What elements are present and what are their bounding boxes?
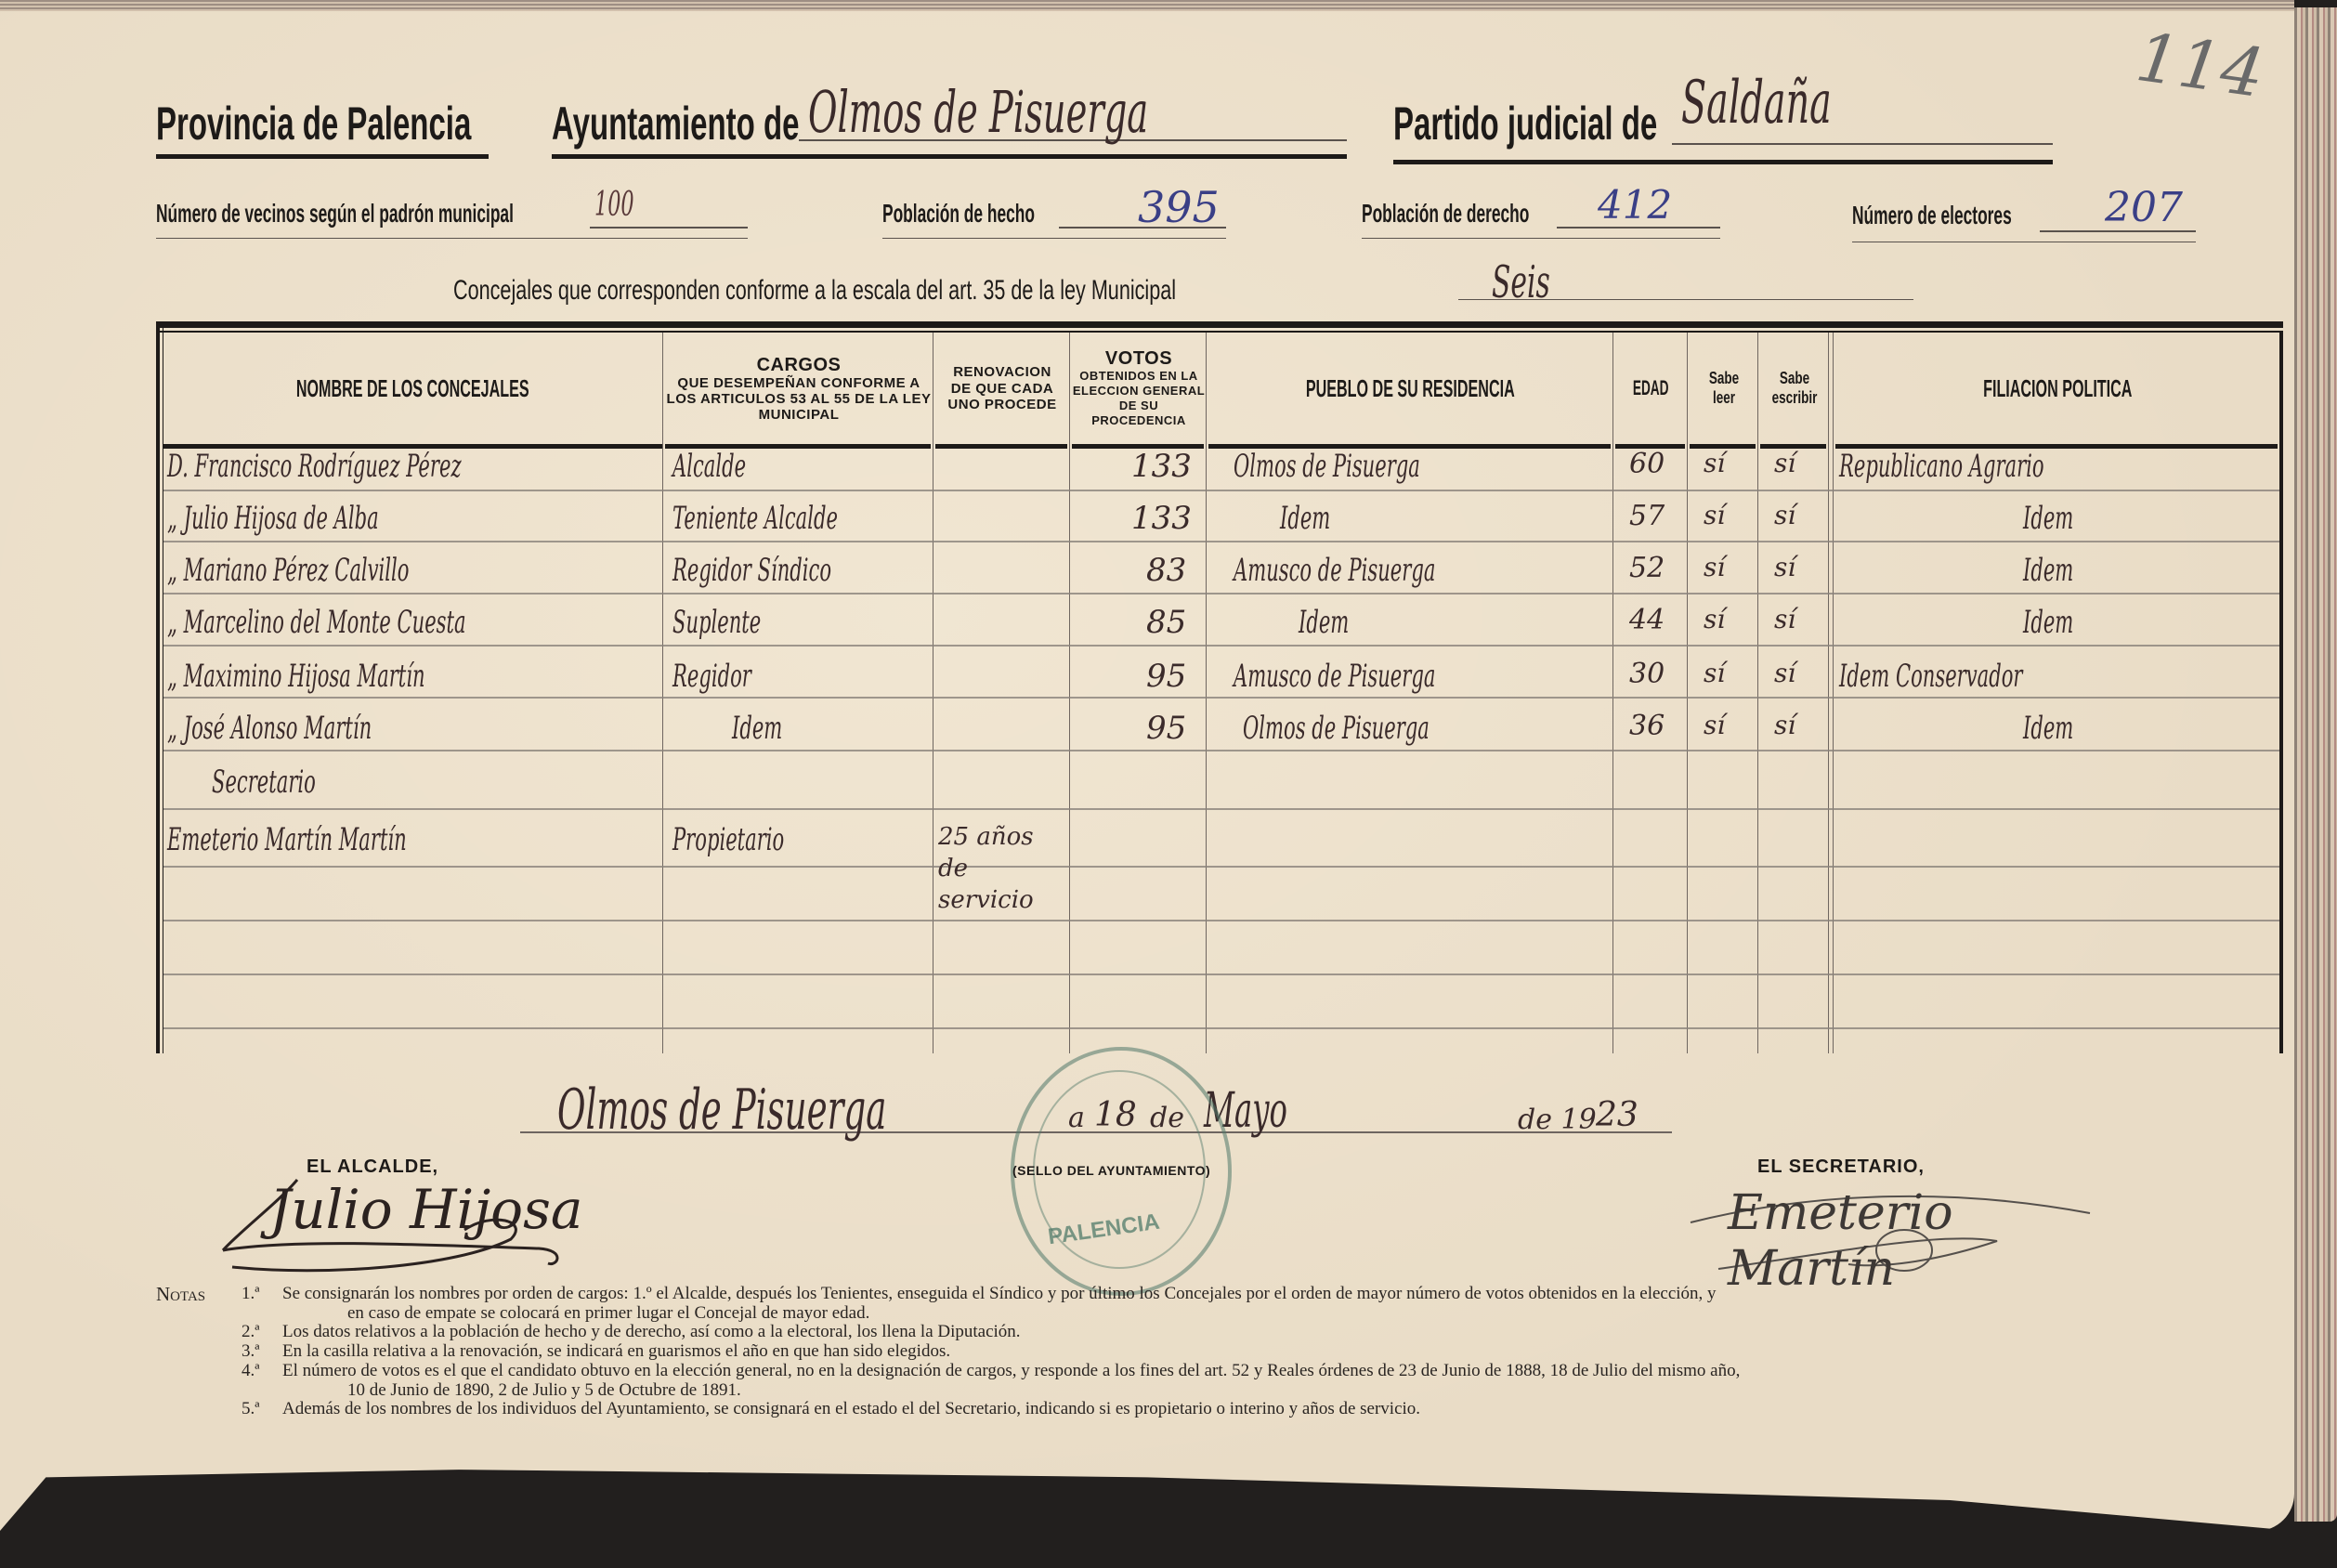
notes-section: Notas 1.ª Se consignarán los nombres por… — [156, 1285, 2237, 1419]
cell-nombre: „ Julio Hijosa de Alba — [167, 500, 508, 537]
note-text: El número de votos es el que el candidat… — [282, 1362, 2237, 1380]
col-header-edad: EDAD — [1615, 334, 1687, 442]
col-header-sabe-leer: Sabe leer — [1690, 334, 1757, 442]
cell-pueblo: Olmos de Pisuerga — [1234, 448, 1534, 485]
cell-edad: 30 — [1629, 658, 1665, 690]
cell-edad: 44 — [1629, 604, 1665, 636]
cell-filiacion: Idem — [2023, 604, 2105, 641]
col-divider — [1612, 333, 1613, 1053]
page-number: 114 — [2132, 18, 2269, 112]
note-text: En la casilla relativa a la renovación, … — [282, 1342, 2237, 1361]
row-line — [163, 920, 2279, 921]
table-border-left — [156, 321, 160, 1053]
cell-escribir: sí — [1774, 710, 1795, 740]
col-divider — [662, 333, 663, 1053]
hecho-underline — [882, 238, 1226, 239]
cell-votos: 83 — [1146, 552, 1186, 589]
cell-cargo: Regidor Síndico — [672, 552, 929, 589]
cell-pueblo: Olmos de Pisuerga — [1243, 710, 1544, 747]
col-divider — [933, 333, 933, 1053]
cell-edad: 57 — [1629, 500, 1665, 532]
table-border-top — [156, 321, 2283, 328]
vecinos-underline — [156, 238, 748, 239]
table-border-top-inner — [156, 331, 2283, 333]
table-border-right — [2279, 331, 2283, 1053]
cell-edad: 60 — [1629, 448, 1665, 480]
col-header-pueblo: PUEBLO DE SU RESIDENCIA — [1208, 334, 1612, 442]
sello-label: (SELLO DEL AYUNTAMIENTO) — [1012, 1163, 1210, 1178]
cell-votos: 133 — [1131, 448, 1192, 485]
cell-escribir: sí — [1774, 448, 1795, 478]
derecho-label: Población de derecho — [1362, 199, 1632, 229]
col-header-renovacion: RENOVACIONDE QUE CADA UNO PROCEDE — [935, 334, 1069, 442]
note-item: 2.ª Los datos relativos a la población d… — [156, 1323, 2237, 1341]
alcalde-signature: Julio Hijosa — [214, 1174, 604, 1276]
cell-escribir: sí — [1774, 658, 1795, 688]
cell-votos: 133 — [1131, 500, 1192, 537]
col-header-filiacion: FILIACION POLITICA — [1835, 334, 2279, 442]
cell-cargo: Propietario — [672, 821, 853, 858]
cell-leer: sí — [1704, 604, 1725, 634]
hecho-label: Población de hecho — [882, 199, 1128, 229]
cell-filiacion: Republicano Agrario — [1839, 448, 2170, 485]
concejales-value: Seis — [1492, 256, 1586, 308]
cell-cargo: Suplente — [672, 604, 816, 641]
secretario-label: EL SECRETARIO, — [1757, 1156, 1925, 1178]
secretario-signature: Emeterio Martín — [1663, 1176, 2109, 1278]
note-continuation: 10 de Junio de 1890, 2 de Julio y 5 de O… — [156, 1381, 2237, 1400]
cell-renovacion: 25 años de servicio — [938, 821, 1068, 916]
cell-pueblo: Amusco de Pisuerga — [1234, 552, 1560, 589]
cell-nombre: „ Marcelino del Monte Cuesta — [167, 604, 649, 641]
cell-escribir: sí — [1774, 552, 1795, 582]
ayuntamiento-underline — [552, 154, 1347, 159]
book-page-edges — [2294, 7, 2337, 1522]
row-line — [163, 1027, 2279, 1029]
derecho-value: 412 — [1598, 182, 1672, 228]
cell-votos: 95 — [1146, 658, 1186, 695]
note-number: 4.ª — [242, 1362, 282, 1380]
concejales-label: Concejales que corresponden conforme a l… — [453, 275, 1457, 307]
col-header-votos: VOTOSOBTENIDOS EN LA ELECCION GENERAL DE… — [1072, 334, 1206, 442]
note-continuation: en caso de empate se colocará en primer … — [156, 1304, 2237, 1323]
col-divider — [1069, 333, 1070, 1053]
cell-filiacion: Idem — [2023, 552, 2105, 589]
cell-nombre: „ Maximino Hijosa Martín — [167, 658, 583, 695]
header-separator — [935, 444, 1067, 449]
cell-leer: sí — [1704, 448, 1725, 478]
row-line — [163, 593, 2279, 595]
row-line — [163, 490, 2279, 491]
place-value: Olmos de Pisuerga — [557, 1078, 1089, 1143]
cell-filiacion: Idem — [2023, 500, 2105, 537]
electores-label: Número de electores — [1852, 201, 2109, 230]
cell-leer: sí — [1704, 552, 1725, 582]
cell-pueblo: Amusco de Pisuerga — [1234, 658, 1560, 695]
col-divider — [1687, 333, 1688, 1053]
note-number: 2.ª — [242, 1323, 282, 1341]
derecho-underline — [1362, 238, 1720, 239]
cell-nombre: Emeterio Martín Martín — [167, 821, 554, 858]
cell-pueblo: Idem — [1299, 604, 1380, 641]
col-header-sabe-escribir: Sabe escribir — [1760, 334, 1828, 442]
cell-nombre: „ Mariano Pérez Calvillo — [167, 552, 557, 589]
row-line — [163, 973, 2279, 975]
date-de-year: de 19 — [1518, 1104, 1597, 1136]
note-item: Notas 1.ª Se consignarán los nombres por… — [156, 1285, 2237, 1303]
cell-votos: 95 — [1146, 710, 1186, 747]
col-divider — [1828, 333, 1829, 1053]
cell-cargo: Regidor — [672, 658, 800, 695]
cell-leer: sí — [1704, 500, 1725, 530]
cell-nombre: D. Francisco Rodríguez Pérez — [167, 448, 642, 485]
cell-escribir: sí — [1774, 500, 1795, 530]
note-item: 3.ª En la casilla relativa a la renovaci… — [156, 1342, 2237, 1361]
note-item: 5.ª Además de los nombres de los individ… — [156, 1400, 2237, 1418]
secretario-signature-text: Emeterio Martín — [1728, 1185, 2109, 1297]
note-number: 3.ª — [242, 1342, 282, 1361]
row-line — [163, 697, 2279, 699]
row-line — [163, 808, 2279, 810]
cell-leer: sí — [1704, 710, 1725, 740]
partido-underline — [1393, 160, 2053, 164]
document-page: 114 Provincia de Palencia Ayuntamiento d… — [0, 0, 2294, 1531]
partido-value: Saldaña — [1681, 69, 1924, 137]
row-line — [163, 866, 2279, 868]
col-header-nombre: NOMBRE DE LOS CONCEJALES — [163, 334, 662, 442]
cell-cargo: Idem — [732, 710, 814, 747]
cell-nombre: Secretario — [212, 764, 379, 801]
col-divider — [1757, 333, 1758, 1053]
vecinos-line — [590, 227, 748, 229]
row-line — [163, 750, 2279, 751]
col-divider — [1206, 333, 1207, 1053]
ayuntamiento-value: Olmos de Pisuerga — [808, 78, 1357, 146]
vecinos-value: 100 — [594, 186, 659, 224]
cell-pueblo: Idem — [1280, 500, 1362, 537]
cell-leer: sí — [1704, 658, 1725, 688]
row-line — [163, 541, 2279, 542]
hecho-value: 395 — [1138, 182, 1220, 232]
cell-filiacion: Idem Conservador — [1839, 658, 2135, 695]
partido-field-line — [1672, 143, 2053, 145]
note-number: 5.ª — [242, 1400, 282, 1418]
electores-value: 207 — [2105, 184, 2183, 231]
note-item: 4.ª El número de votos es el que el cand… — [156, 1362, 2237, 1380]
row-line — [163, 645, 2279, 647]
cell-cargo: Teniente Alcalde — [672, 500, 939, 537]
cell-edad: 36 — [1629, 710, 1665, 742]
note-text: Los datos relativos a la población de he… — [282, 1323, 2237, 1341]
note-number: 1.ª — [242, 1285, 282, 1303]
col-header-cargos: CARGOSQUE DESEMPEÑAN CONFORME A LOS ARTI… — [665, 334, 933, 442]
page-edge-top — [0, 0, 2294, 11]
cell-filiacion: Idem — [2023, 710, 2105, 747]
cell-votos: 85 — [1146, 604, 1186, 641]
electores-underline — [1852, 242, 2196, 242]
cell-edad: 52 — [1629, 552, 1665, 584]
alcalde-signature-text: Julio Hijosa — [269, 1178, 582, 1241]
note-text: Se consignarán los nombres por orden de … — [282, 1285, 2237, 1303]
notes-label: Notas — [156, 1285, 242, 1303]
date-year: 23 — [1596, 1096, 1639, 1134]
provincia-underline — [156, 154, 489, 159]
concejales-table: NOMBRE DE LOS CONCEJALES CARGOSQUE DESEM… — [156, 321, 2292, 1053]
cell-cargo: Alcalde — [672, 448, 791, 485]
col-divider — [1833, 333, 1834, 1053]
cell-escribir: sí — [1774, 604, 1795, 634]
note-text: Además de los nombres de los individuos … — [282, 1400, 2237, 1418]
cell-nombre: „ José Alonso Martín — [167, 710, 497, 747]
